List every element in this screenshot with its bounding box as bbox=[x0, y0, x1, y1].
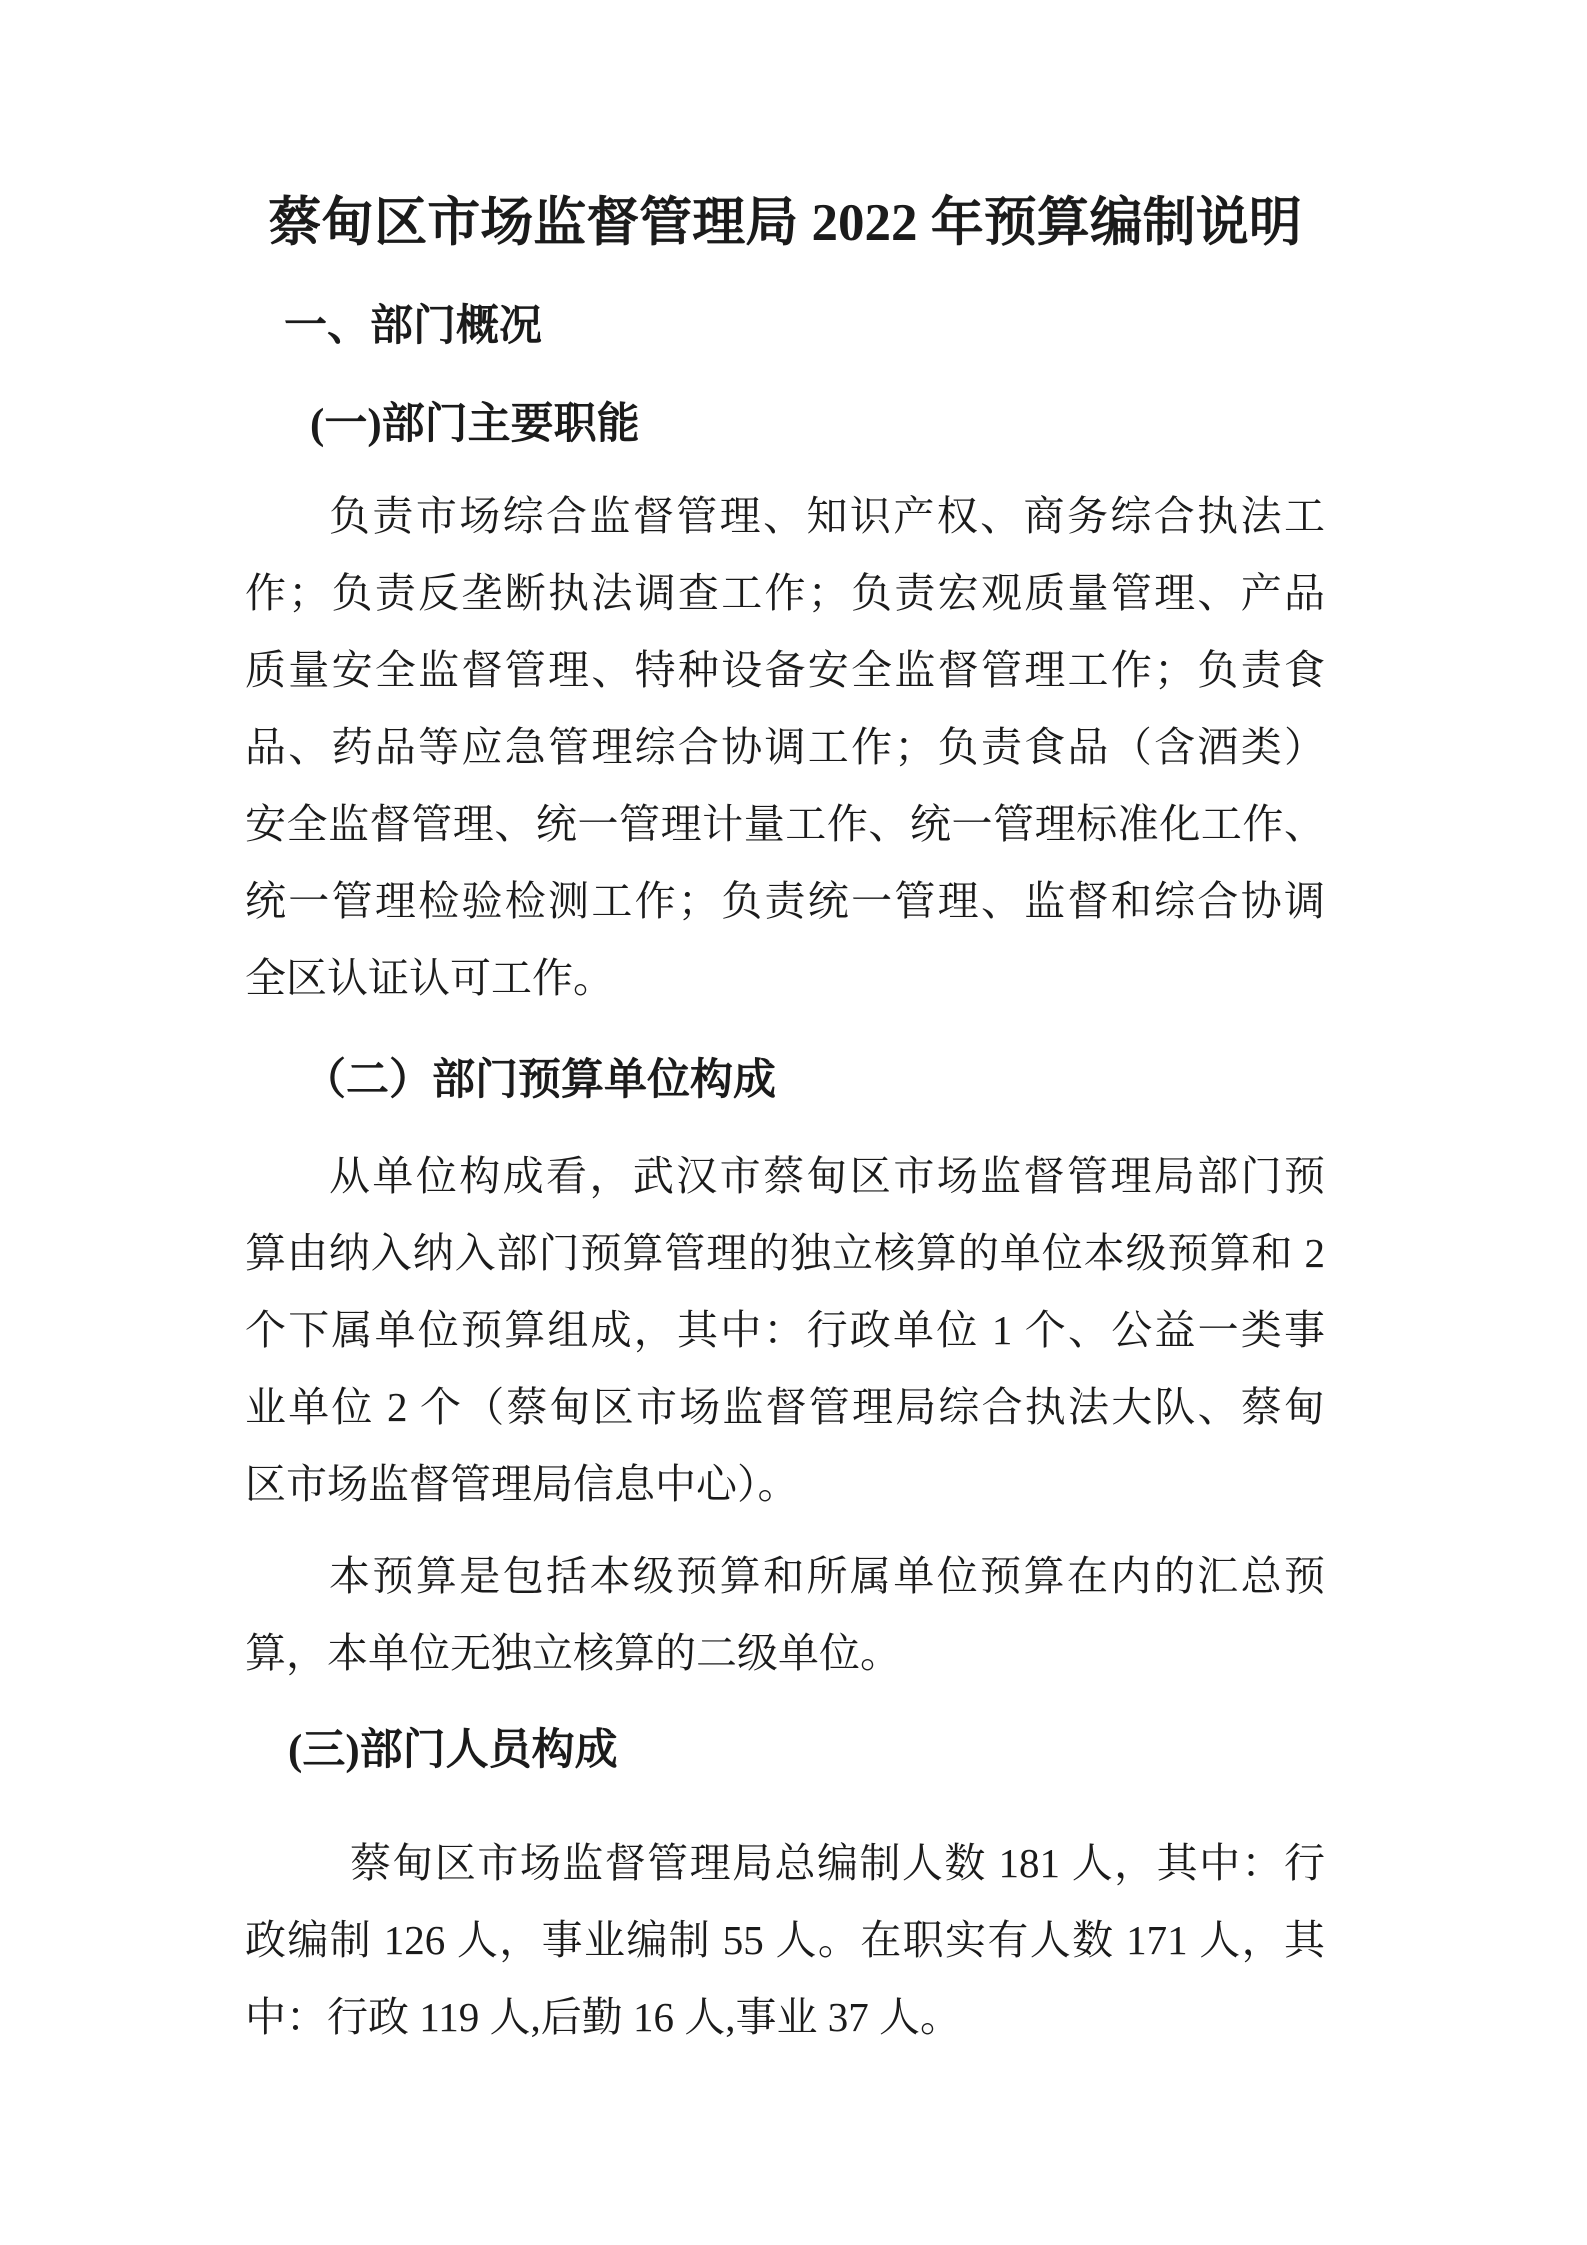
doc-title: 蔡甸区市场监督管理局 2022 年预算编制说明 bbox=[245, 184, 1325, 262]
paragraph-functions: 负责市场综合监督管理、知识产权、商务综合执法工 作；负责反垄断执法调查工作；负责… bbox=[245, 478, 1325, 1017]
text-line: 算由纳入纳入部门预算管理的独立核算的单位本级预算和 2 bbox=[245, 1215, 1325, 1292]
document-page: 蔡甸区市场监督管理局 2022 年预算编制说明 一、部门概况 (一)部门主要职能… bbox=[0, 0, 1587, 2245]
text-line: 负责市场综合监督管理、知识产权、商务综合执法工 bbox=[245, 478, 1325, 555]
text-line: 业单位 2 个（蔡甸区市场监督管理局综合执法大队、蔡甸 bbox=[245, 1369, 1325, 1446]
subsection-heading-budget-units: （二）部门预算单位构成 bbox=[245, 1042, 1325, 1120]
text-line: 算，本单位无独立核算的二级单位。 bbox=[245, 1615, 1325, 1692]
text-line: 品、药品等应急管理综合协调工作；负责食品（含酒类） bbox=[245, 709, 1325, 786]
paragraph-personnel: 蔡甸区市场监督管理局总编制人数 181 人，其中：行 政编制 126 人，事业编… bbox=[245, 1825, 1325, 2056]
text-line: 个下属单位预算组成，其中：行政单位 1 个、公益一类事 bbox=[245, 1292, 1325, 1369]
text-line: 蔡甸区市场监督管理局总编制人数 181 人，其中：行 bbox=[245, 1825, 1325, 1902]
section-heading-overview: 一、部门概况 bbox=[245, 288, 1325, 366]
paragraph-budget-units: 从单位构成看，武汉市蔡甸区市场监督管理局部门预 算由纳入纳入部门预算管理的独立核… bbox=[245, 1138, 1325, 1523]
text-line: 统一管理检验检测工作；负责统一管理、监督和综合协调 bbox=[245, 863, 1325, 940]
text-line: 质量安全监督管理、特种设备安全监督管理工作；负责食 bbox=[245, 632, 1325, 709]
document-content: 蔡甸区市场监督管理局 2022 年预算编制说明 一、部门概况 (一)部门主要职能… bbox=[0, 184, 1325, 2056]
text-line: 从单位构成看，武汉市蔡甸区市场监督管理局部门预 bbox=[245, 1138, 1325, 1215]
text-line: 作；负责反垄断执法调查工作；负责宏观质量管理、产品 bbox=[245, 555, 1325, 632]
text-line: 政编制 126 人，事业编制 55 人。在职实有人数 171 人，其 bbox=[245, 1902, 1325, 1979]
subsection-heading-personnel: (三)部门人员构成 bbox=[245, 1712, 1325, 1790]
text-line: 本预算是包括本级预算和所属单位预算在内的汇总预 bbox=[245, 1538, 1325, 1615]
paragraph-budget-summary: 本预算是包括本级预算和所属单位预算在内的汇总预 算，本单位无独立核算的二级单位。 bbox=[245, 1538, 1325, 1692]
subsection-heading-functions: (一)部门主要职能 bbox=[245, 386, 1325, 464]
text-line: 中：行政 119 人,后勤 16 人,事业 37 人。 bbox=[245, 1979, 1325, 2056]
text-line: 区市场监督管理局信息中心）。 bbox=[245, 1446, 1325, 1523]
text-line: 全区认证认可工作。 bbox=[245, 940, 1325, 1017]
text-line: 安全监督管理、统一管理计量工作、统一管理标准化工作、 bbox=[245, 786, 1325, 863]
